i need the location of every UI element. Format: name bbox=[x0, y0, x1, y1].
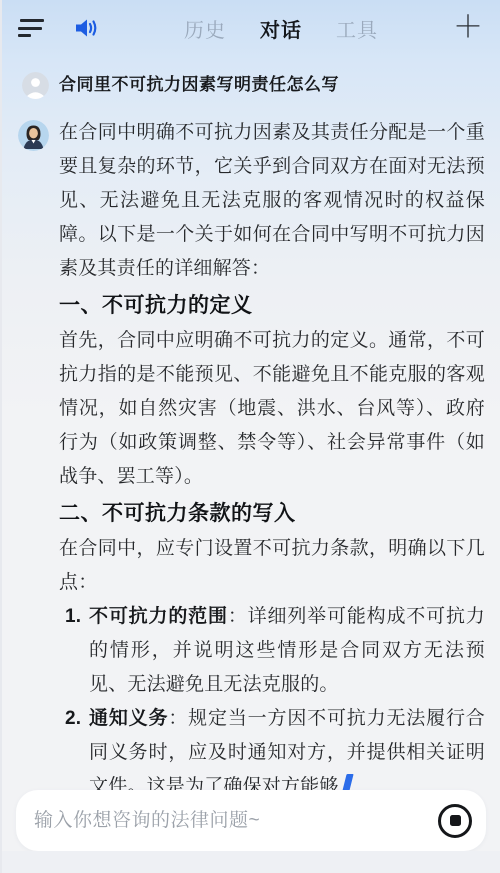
tab-bar: 历史 对话 工具 bbox=[110, 14, 452, 43]
speaker-icon[interactable] bbox=[72, 14, 100, 42]
list-item-scope: 1.不可抗力的范围：详细列举可能构成不可抗力的情形，并说明这些情形是合同双方无法… bbox=[59, 600, 485, 702]
list-term: 通知义务 bbox=[89, 708, 168, 729]
chat-app: 历史 对话 工具 ＋ 合同里不可抗力因素写明责任怎么写 bbox=[0, 0, 500, 873]
user-message-text: 合同里不可抗力因素写明责任怎么写 bbox=[59, 70, 339, 100]
chat-area: 合同里不可抗力因素写明责任怎么写 在合同中明确不可抗力因素及其责任分配是一个重要… bbox=[2, 56, 500, 790]
list-item-notice: 2.通知义务：规定当一方因不可抗力无法履行合同义务时，应及时通知对方，并提供相关… bbox=[59, 702, 485, 790]
list-number: 2. bbox=[65, 702, 81, 736]
menu-icon[interactable] bbox=[18, 19, 44, 37]
assistant-intro-paragraph: 在合同中明确不可抗力因素及其责任分配是一个重要且复杂的环节，它关乎到合同双方在面… bbox=[59, 116, 485, 286]
tab-tools[interactable]: 工具 bbox=[336, 14, 378, 43]
tab-history[interactable]: 历史 bbox=[184, 14, 226, 43]
assistant-message-content: 在合同中明确不可抗力因素及其责任分配是一个重要且复杂的环节，它关乎到合同双方在面… bbox=[59, 116, 485, 790]
clause-list: 1.不可抗力的范围：详细列举可能构成不可抗力的情形，并说明这些情形是合同双方无法… bbox=[59, 600, 485, 790]
section-heading-clause: 二、不可抗力条款的写入 bbox=[59, 499, 485, 529]
user-message-row: 合同里不可抗力因素写明责任怎么写 bbox=[2, 62, 500, 110]
message-input[interactable] bbox=[34, 810, 428, 832]
list-term: 不可抗力的范围 bbox=[89, 606, 228, 627]
section-body-clause: 在合同中，应专门设置不可抗力条款，明确以下几点： bbox=[59, 532, 485, 600]
bottom-strip bbox=[2, 851, 500, 873]
input-bar bbox=[2, 790, 500, 873]
plus-icon[interactable]: ＋ bbox=[452, 12, 484, 44]
section-body-definition: 首先，合同中应明确不可抗力的定义。通常，不可抗力指的是不能预见、不能避免且不能克… bbox=[59, 324, 485, 494]
user-avatar bbox=[22, 72, 49, 99]
assistant-avatar bbox=[18, 120, 49, 151]
tab-chat[interactable]: 对话 bbox=[260, 14, 302, 43]
typing-caret bbox=[341, 774, 353, 790]
list-number: 1. bbox=[65, 600, 81, 634]
stop-icon bbox=[450, 815, 461, 826]
stop-generation-button[interactable] bbox=[438, 804, 472, 838]
message-input-container bbox=[16, 790, 486, 851]
assistant-message-row: 在合同中明确不可抗力因素及其责任分配是一个重要且复杂的环节，它关乎到合同双方在面… bbox=[2, 110, 500, 790]
section-heading-definition: 一、不可抗力的定义 bbox=[59, 291, 485, 321]
top-bar: 历史 对话 工具 ＋ bbox=[2, 0, 500, 56]
